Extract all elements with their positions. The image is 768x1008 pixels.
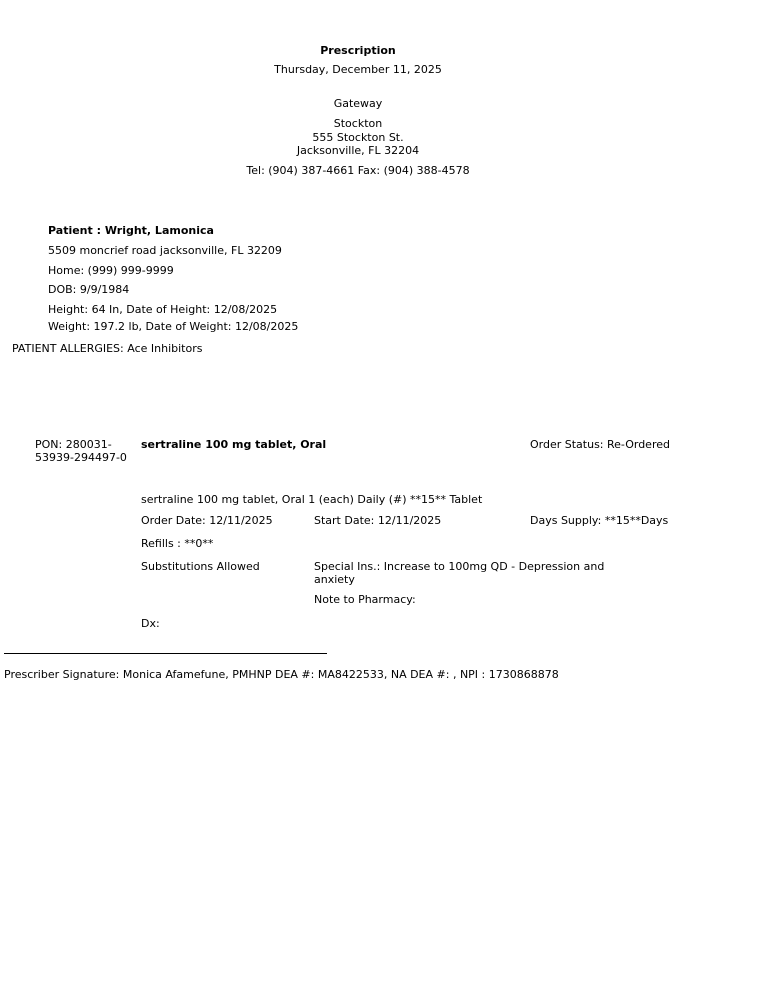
- patient-allergies: PATIENT ALLERGIES: Ace Inhibitors: [12, 342, 202, 355]
- days-supply: Days Supply: **15**Days: [530, 514, 668, 527]
- document-title: Prescription: [0, 44, 716, 57]
- prescription-date: Thursday, December 11, 2025: [0, 63, 716, 76]
- location-address-line2: Jacksonville, FL 32204: [0, 144, 716, 157]
- start-date: Start Date: 12/11/2025: [314, 514, 441, 527]
- order-status: Order Status: Re-Ordered: [530, 438, 670, 451]
- refills: Refills : **0**: [141, 537, 213, 550]
- diagnosis: Dx:: [141, 617, 160, 630]
- signature-line: [4, 653, 327, 654]
- organization-name: Gateway: [0, 97, 716, 110]
- prescriber-signature: Prescriber Signature: Monica Afamefune, …: [4, 668, 559, 681]
- special-instructions: Special Ins.: Increase to 100mg QD - Dep…: [314, 560, 624, 586]
- location-name: Stockton: [0, 117, 716, 130]
- pon-line2: 53939-294497-0: [35, 451, 127, 464]
- location-address-line1: 555 Stockton St.: [0, 131, 716, 144]
- patient-name: Patient : Wright, Lamonica: [48, 224, 214, 237]
- sig-instructions: sertraline 100 mg tablet, Oral 1 (each) …: [141, 493, 482, 506]
- patient-height: Height: 64 In, Date of Height: 12/08/202…: [48, 303, 277, 316]
- drug-title: sertraline 100 mg tablet, Oral: [141, 438, 326, 451]
- patient-home-phone: Home: (999) 999-9999: [48, 264, 174, 277]
- patient-dob: DOB: 9/9/1984: [48, 283, 129, 296]
- note-to-pharmacy: Note to Pharmacy:: [314, 593, 416, 606]
- order-date: Order Date: 12/11/2025: [141, 514, 273, 527]
- substitutions: Substitutions Allowed: [141, 560, 260, 573]
- pon-line1: PON: 280031-: [35, 438, 112, 451]
- patient-weight: Weight: 197.2 lb, Date of Weight: 12/08/…: [48, 320, 298, 333]
- patient-address: 5509 moncrief road jacksonville, FL 3220…: [48, 244, 282, 257]
- location-contact: Tel: (904) 387-4661 Fax: (904) 388-4578: [0, 164, 716, 177]
